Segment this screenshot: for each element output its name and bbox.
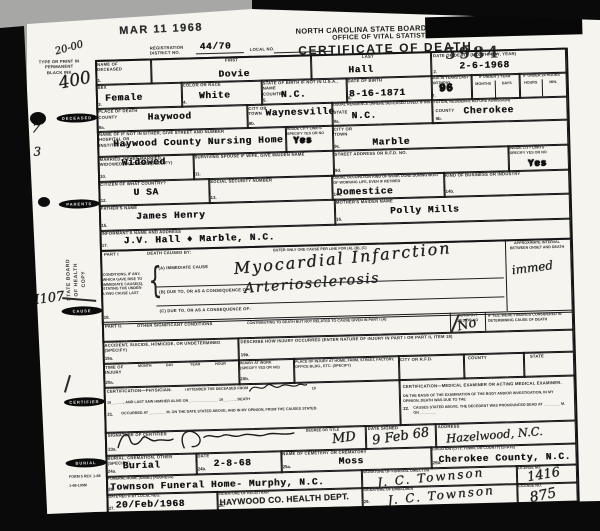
item-24a: 24a. (108, 469, 117, 474)
item-19b: 19b. (241, 352, 250, 357)
handwritten-fee: 20-00 (54, 39, 85, 57)
days-label: DAYS (497, 81, 517, 86)
day-label: DAY (166, 363, 186, 368)
first-label: FIRST (225, 57, 255, 63)
part2-label: PART II. (105, 323, 135, 329)
attended-from-scribble (246, 379, 308, 397)
item-9a: 9a. (334, 119, 340, 124)
field-first-name: Dovie (218, 68, 250, 80)
item-3: 3. (98, 102, 102, 107)
field-date-of-death: 2-6-1968 (459, 59, 510, 71)
item-24b: 24b. (198, 466, 207, 471)
injury-state-label: STATE (530, 353, 570, 359)
hours-label: HOURS (521, 80, 541, 85)
item-2: 2. (433, 69, 437, 74)
item-6: 6. (348, 95, 352, 100)
item-8b: 8b. (249, 121, 255, 126)
tab-burial: BURIAL (65, 458, 106, 468)
item-4: 4. (183, 100, 187, 105)
field-residence-city: Marble (372, 136, 410, 148)
certificate-form: MAR 11 1968 NORTH CAROLINA STATE BOARD O… (0, 0, 600, 531)
field-residence-inside-city: Yes (528, 157, 547, 168)
registration-district-value: 44/70 (200, 40, 232, 52)
item-8a: 8a. (99, 125, 105, 130)
handwritten-tick (64, 375, 71, 393)
name-of-deceased-label: NAME OF DECEASED (97, 61, 147, 73)
item-1: 1. (97, 78, 101, 83)
tab-parents: PARENTS (59, 199, 100, 209)
field-disposition: Burial (122, 459, 160, 471)
copy-designation: STATE BOARD OF HEALTH COPY (65, 244, 89, 315)
field-last-name: Hall (348, 64, 373, 76)
field-date-received: 20/Feb/1968 (116, 498, 186, 511)
field-race: White (199, 89, 231, 101)
certifier-signature (112, 423, 308, 454)
field-father-name: James Henry (136, 209, 206, 222)
handwritten-mark-3: 3 (33, 144, 41, 158)
item-9b: 9b. (436, 116, 442, 121)
tab-certifier: CERTIFIER (64, 397, 105, 407)
item-14b: 14b. (445, 189, 454, 194)
item-9c: 9c. (334, 144, 340, 149)
item-18: 18. (104, 315, 110, 320)
item-23a: 23a. (108, 447, 117, 452)
tab-deceased: DECEASED (56, 113, 97, 123)
field-cemetery: Moss (338, 455, 363, 467)
residence-city-label: CITY OR TOWN (334, 126, 362, 137)
field-state-of-birth: N.C. (281, 88, 306, 100)
field-burial-date: 2-8-68 (213, 457, 251, 469)
interval-label: APPROXIMATE INTERVAL BETWEEN ONSET AND D… (508, 240, 566, 251)
time-of-injury-label: TIME OF INJURY (105, 364, 135, 375)
sex-label: SEX (98, 84, 138, 90)
field-residence-county: Cherokee (463, 104, 514, 116)
field-sex: Female (105, 92, 143, 104)
field-age: 96 (439, 83, 454, 95)
item-13: 13. (211, 195, 217, 200)
field-death-county: Haywood (147, 110, 191, 122)
item-10: 10. (100, 174, 106, 179)
field-marital-status: Widowed (122, 156, 166, 168)
item-9d: 9d. (335, 168, 341, 173)
item-7: 7. (432, 93, 436, 98)
item-25b: 25b. (433, 460, 442, 465)
field-death-city: Waynesville (265, 106, 335, 119)
field-death-inside-city: Yes (293, 134, 312, 145)
received-date-stamp: MAR 11 1968 (119, 21, 203, 37)
item-14a: 14a. (334, 192, 343, 197)
item-19a: 19a. (105, 356, 114, 361)
item-21: 21. (107, 412, 113, 417)
item-29: 29. (364, 499, 370, 504)
residence-inside-city-label: INSIDE CITY LIMITS SPECIFY YES OR NO (509, 145, 564, 156)
field-date-of-birth: 8-16-1871 (349, 87, 406, 99)
field-occupation: Domestice (336, 185, 393, 197)
item-27: 27. (109, 506, 115, 511)
registration-district-label: REGISTRATION DISTRICT NO. (150, 44, 196, 56)
scanned-death-certificate: MAR 11 1968 NORTH CAROLINA STATE BOARD O… (0, 0, 600, 531)
injury-at-work-label: INJURY AT WORK (SPECIFY YES OR NO) (240, 360, 290, 371)
item-28: 28. (219, 503, 225, 508)
hole-punch-top (30, 112, 46, 125)
field-residence-state: N.C. (351, 110, 376, 122)
field-mother-name: Polly Mills (390, 204, 460, 217)
item-16: 16. (336, 217, 342, 222)
item-12: 12. (101, 198, 107, 203)
item-17: 17. (102, 243, 108, 248)
conditions-note: CONDITIONS, IF ANY, WHICH GAVE RISE TO I… (103, 272, 152, 297)
item-26: 26. (108, 487, 114, 492)
item-25a: 25a. (283, 464, 292, 469)
field-citizen: U SA (133, 186, 158, 198)
last-label: LAST (362, 53, 386, 59)
months-label: MONTHS (473, 82, 494, 87)
year-label: YEAR (190, 362, 210, 367)
min-label: MIN. (544, 80, 563, 85)
field-degree: MD (331, 429, 356, 447)
item-22: 22. (403, 406, 409, 411)
year-19-text: 19 (312, 386, 324, 391)
hole-punch-bottom (38, 197, 50, 207)
item-5: 5. (263, 98, 267, 103)
tab-cause: CAUSE (61, 306, 102, 316)
hour-label: HOUR (215, 361, 235, 366)
item-11: 11. (195, 171, 201, 176)
item-15: 15. (101, 223, 107, 228)
month-label: MONTH (138, 363, 162, 368)
item-20a: 20a. (105, 380, 114, 385)
residence-county-label: COUNTY (435, 107, 465, 113)
death-county-label: COUNTY (98, 114, 132, 120)
part1-label: PART I (104, 251, 130, 257)
